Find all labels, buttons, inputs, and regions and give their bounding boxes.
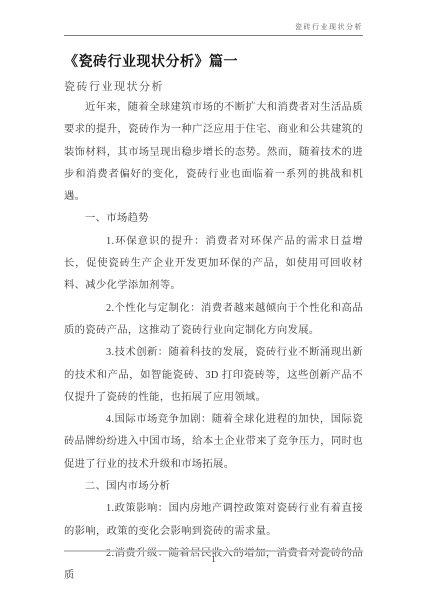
section-heading: 二、国内市场分析 [64, 476, 363, 498]
running-head: 瓷砖行业现状分析 [64, 23, 363, 35]
section-heading: 一、市场趋势 [64, 208, 363, 230]
document-title: 《瓷砖行业现状分析》篇一 [64, 52, 363, 70]
paragraph: 3.技术创新：随着科技的发展，瓷砖行业不断涌现出新的技术和产品，如智能瓷砖、3D… [64, 342, 363, 409]
document-body: 近年来，随着全球建筑市场的不断扩大和消费者对生活品质要求的提升，瓷砖作为一种广泛… [64, 97, 363, 588]
document-page: 瓷砖行业现状分析 《瓷砖行业现状分析》篇一 瓷砖行业现状分析 近年来，随着全球建… [0, 0, 424, 600]
paragraph: 4.国际市场竞争加剧：随着全球化进程的加快，国际瓷砖品牌纷纷进入中国市场，给本土… [64, 409, 363, 476]
paragraph: 1.政策影响：国内房地产调控政策对瓷砖行业有着直接的影响，政策的变化会影响到瓷砖… [64, 498, 363, 543]
paragraph: 近年来，随着全球建筑市场的不断扩大和消费者对生活品质要求的提升，瓷砖作为一种广泛… [64, 97, 363, 208]
page-footer: 1 [64, 550, 363, 565]
paragraph: 1.环保意识的提升：消费者对环保产品的需求日益增长，促使瓷砖生产企业开发更加环保… [64, 231, 363, 298]
paragraph: 2.个性化与定制化：消费者越来越倾向于个性化和高品质的瓷砖产品，这推动了瓷砖行业… [64, 298, 363, 343]
page-number: 1 [64, 554, 363, 565]
page-header: 瓷砖行业现状分析 [64, 0, 363, 36]
document-subtitle: 瓷砖行业现状分析 [64, 81, 363, 93]
